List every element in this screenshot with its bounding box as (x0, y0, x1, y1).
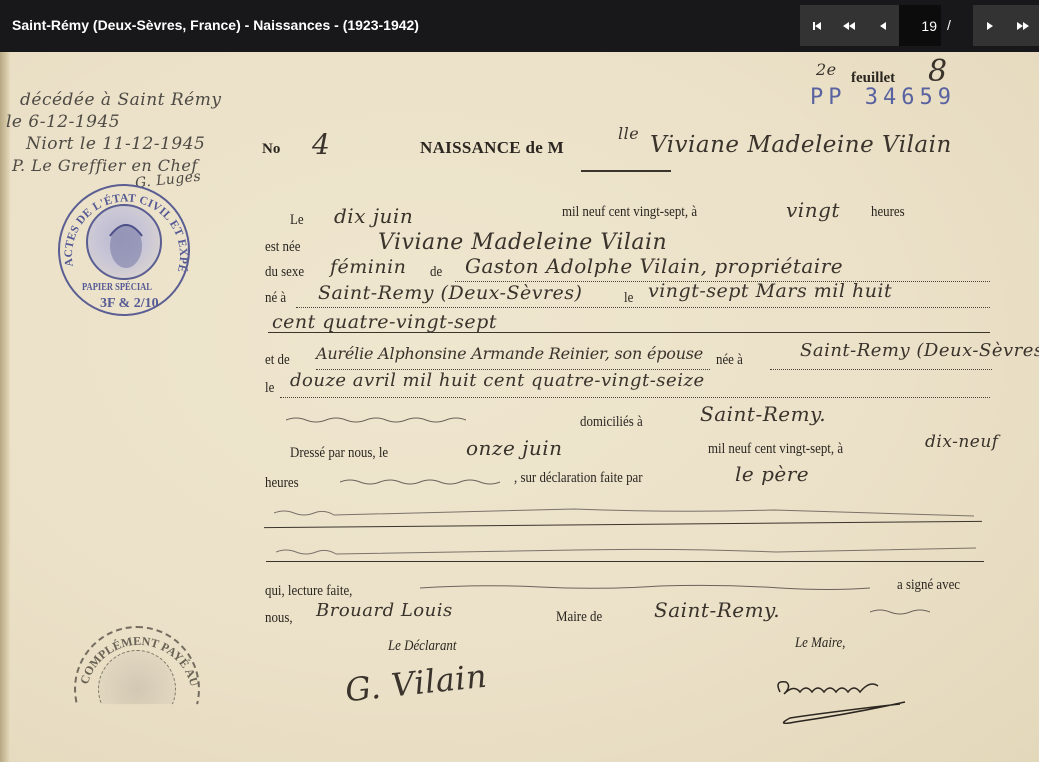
page-edge (0, 52, 10, 762)
filler-line (286, 415, 466, 423)
skip-first-icon (812, 21, 822, 31)
label-ne-a: né à (265, 290, 286, 307)
label-year: mil neuf cent vingt-sept, à (562, 204, 697, 221)
act-title: NAISSANCE de M (420, 138, 564, 158)
father-value: Gaston Adolphe Vilain, propriétaire (465, 254, 843, 278)
document-viewer[interactable]: décédée à Saint Rémy le 6-12-1945 Niort … (0, 52, 1039, 762)
filler-line-2 (340, 477, 510, 485)
label-nee-a: née à (716, 352, 743, 369)
birth-hour-value: vingt (786, 198, 840, 222)
fast-forward-button[interactable] (1006, 5, 1039, 46)
title-underline (581, 170, 671, 172)
label-a-signe: a signé avec (897, 577, 960, 594)
stamp-price: 3F & 2/10 (100, 296, 159, 312)
archive-stamp: PP 34659 (810, 85, 956, 110)
viewer-header: Saint-Rémy (Deux-Sèvres, France) - Naiss… (0, 0, 1039, 52)
filler-line-3 (274, 507, 974, 519)
filler-line-6 (870, 607, 930, 615)
label-le-2: le (624, 290, 633, 307)
label-le: Le (290, 212, 304, 229)
fiscal-stamp: ACTES DE L'ÉTAT CIVIL ET EXPÉDITIONS PAP… (58, 184, 190, 316)
document-title: Saint-Rémy (Deux-Sèvres, France) - Naiss… (12, 17, 419, 33)
domicile-value: Saint-Remy. (700, 402, 826, 426)
blank-rule-2 (266, 561, 984, 562)
document-page: décédée à Saint Rémy le 6-12-1945 Niort … (0, 52, 1039, 762)
declarant-value: le père (735, 462, 809, 486)
number-label: No (262, 141, 280, 158)
feuillet-prefix: 2e (816, 60, 837, 79)
act-number: 4 (312, 128, 330, 161)
father-birth-rule-2 (268, 332, 990, 333)
mayor-place-value: Saint-Remy. (654, 598, 780, 622)
mayor-signature (770, 674, 910, 729)
pagination: / 82 (800, 5, 1039, 46)
drawn-date-value: onze juin (466, 436, 563, 460)
label-nous: nous, (265, 610, 293, 627)
title-suffix: lle (618, 124, 639, 143)
sex-value: féminin (330, 256, 406, 278)
label-de: de (430, 264, 442, 281)
mother-birth-rule (280, 397, 990, 398)
mother-birthplace-value: Saint-Remy (Deux-Sèvres) (800, 340, 1039, 361)
label-sur-declaration: , sur déclaration faite par (514, 470, 643, 487)
stamp-label: PAPIER SPÉCIAL (82, 282, 152, 293)
birth-date-value: dix juin (334, 204, 413, 228)
page-number-input[interactable] (899, 5, 941, 46)
label-heures: heures (871, 204, 905, 221)
label-est-nee: est née (265, 239, 300, 256)
first-page-button[interactable] (800, 5, 833, 46)
previous-page-button[interactable] (866, 5, 899, 46)
next-icon (986, 21, 994, 31)
label-heures-2: heures (265, 475, 299, 492)
mother-birthdate-value: douze avril mil huit cent quatre-vingt-s… (290, 370, 705, 391)
label-et-de: et de (265, 352, 290, 369)
label-qui-lecture: qui, lecture faite, (265, 583, 352, 600)
prev-icon (879, 21, 887, 31)
tax-stamp: COMPLÉMENT PAYÉ AU (74, 626, 200, 752)
label-year-2: mil neuf cent vingt-sept, à (708, 441, 843, 458)
drawn-hour-value: dix-neuf (925, 432, 999, 452)
fast-rewind-icon (843, 21, 856, 31)
mother-value: Aurélie Alphonsine Armande Reinier, son … (316, 344, 703, 363)
label-le-3: le (265, 380, 274, 397)
filler-line-5 (420, 582, 870, 592)
label-maire-de: Maire de (556, 609, 602, 626)
margin-note-line3: Niort le 11-12-1945 (26, 134, 205, 154)
fast-forward-icon (1016, 21, 1029, 31)
father-birth-rule (296, 307, 990, 308)
feuillet-number: 8 (928, 54, 948, 89)
page-total: / 82 (941, 5, 973, 46)
father-birthdate-value-2: cent quatre-vingt-sept (272, 311, 497, 333)
label-dresse: Dressé par nous, le (290, 445, 388, 462)
declarant-label: Le Déclarant (388, 638, 456, 655)
blank-rule-1 (264, 521, 982, 528)
label-du-sexe: du sexe (265, 264, 304, 281)
prev-button-group (800, 5, 899, 46)
mother-place-rule (770, 369, 992, 370)
father-birthplace-value: Saint-Remy (Deux-Sèvres) (318, 282, 582, 304)
mayor-label: Le Maire, (795, 635, 845, 652)
margin-note-line2: le 6-12-1945 (6, 112, 120, 132)
next-button-group (973, 5, 1039, 46)
filler-line-4 (276, 546, 976, 558)
mayor-name-value: Brouard Louis (316, 600, 453, 621)
margin-note-line1: décédée à Saint Rémy (20, 90, 221, 110)
next-page-button[interactable] (973, 5, 1006, 46)
child-name-heading: Viviane Madeleine Vilain (650, 132, 952, 158)
marianne-portrait (86, 204, 162, 280)
declarant-signature: G. Vilain (343, 657, 488, 710)
stamp-portrait (98, 650, 176, 728)
father-birthdate-value: vingt-sept Mars mil huit (648, 280, 892, 302)
fast-rewind-button[interactable] (833, 5, 866, 46)
label-domicilies: domiciliés à (580, 414, 643, 431)
child-name-value: Viviane Madeleine Vilain (378, 230, 667, 255)
